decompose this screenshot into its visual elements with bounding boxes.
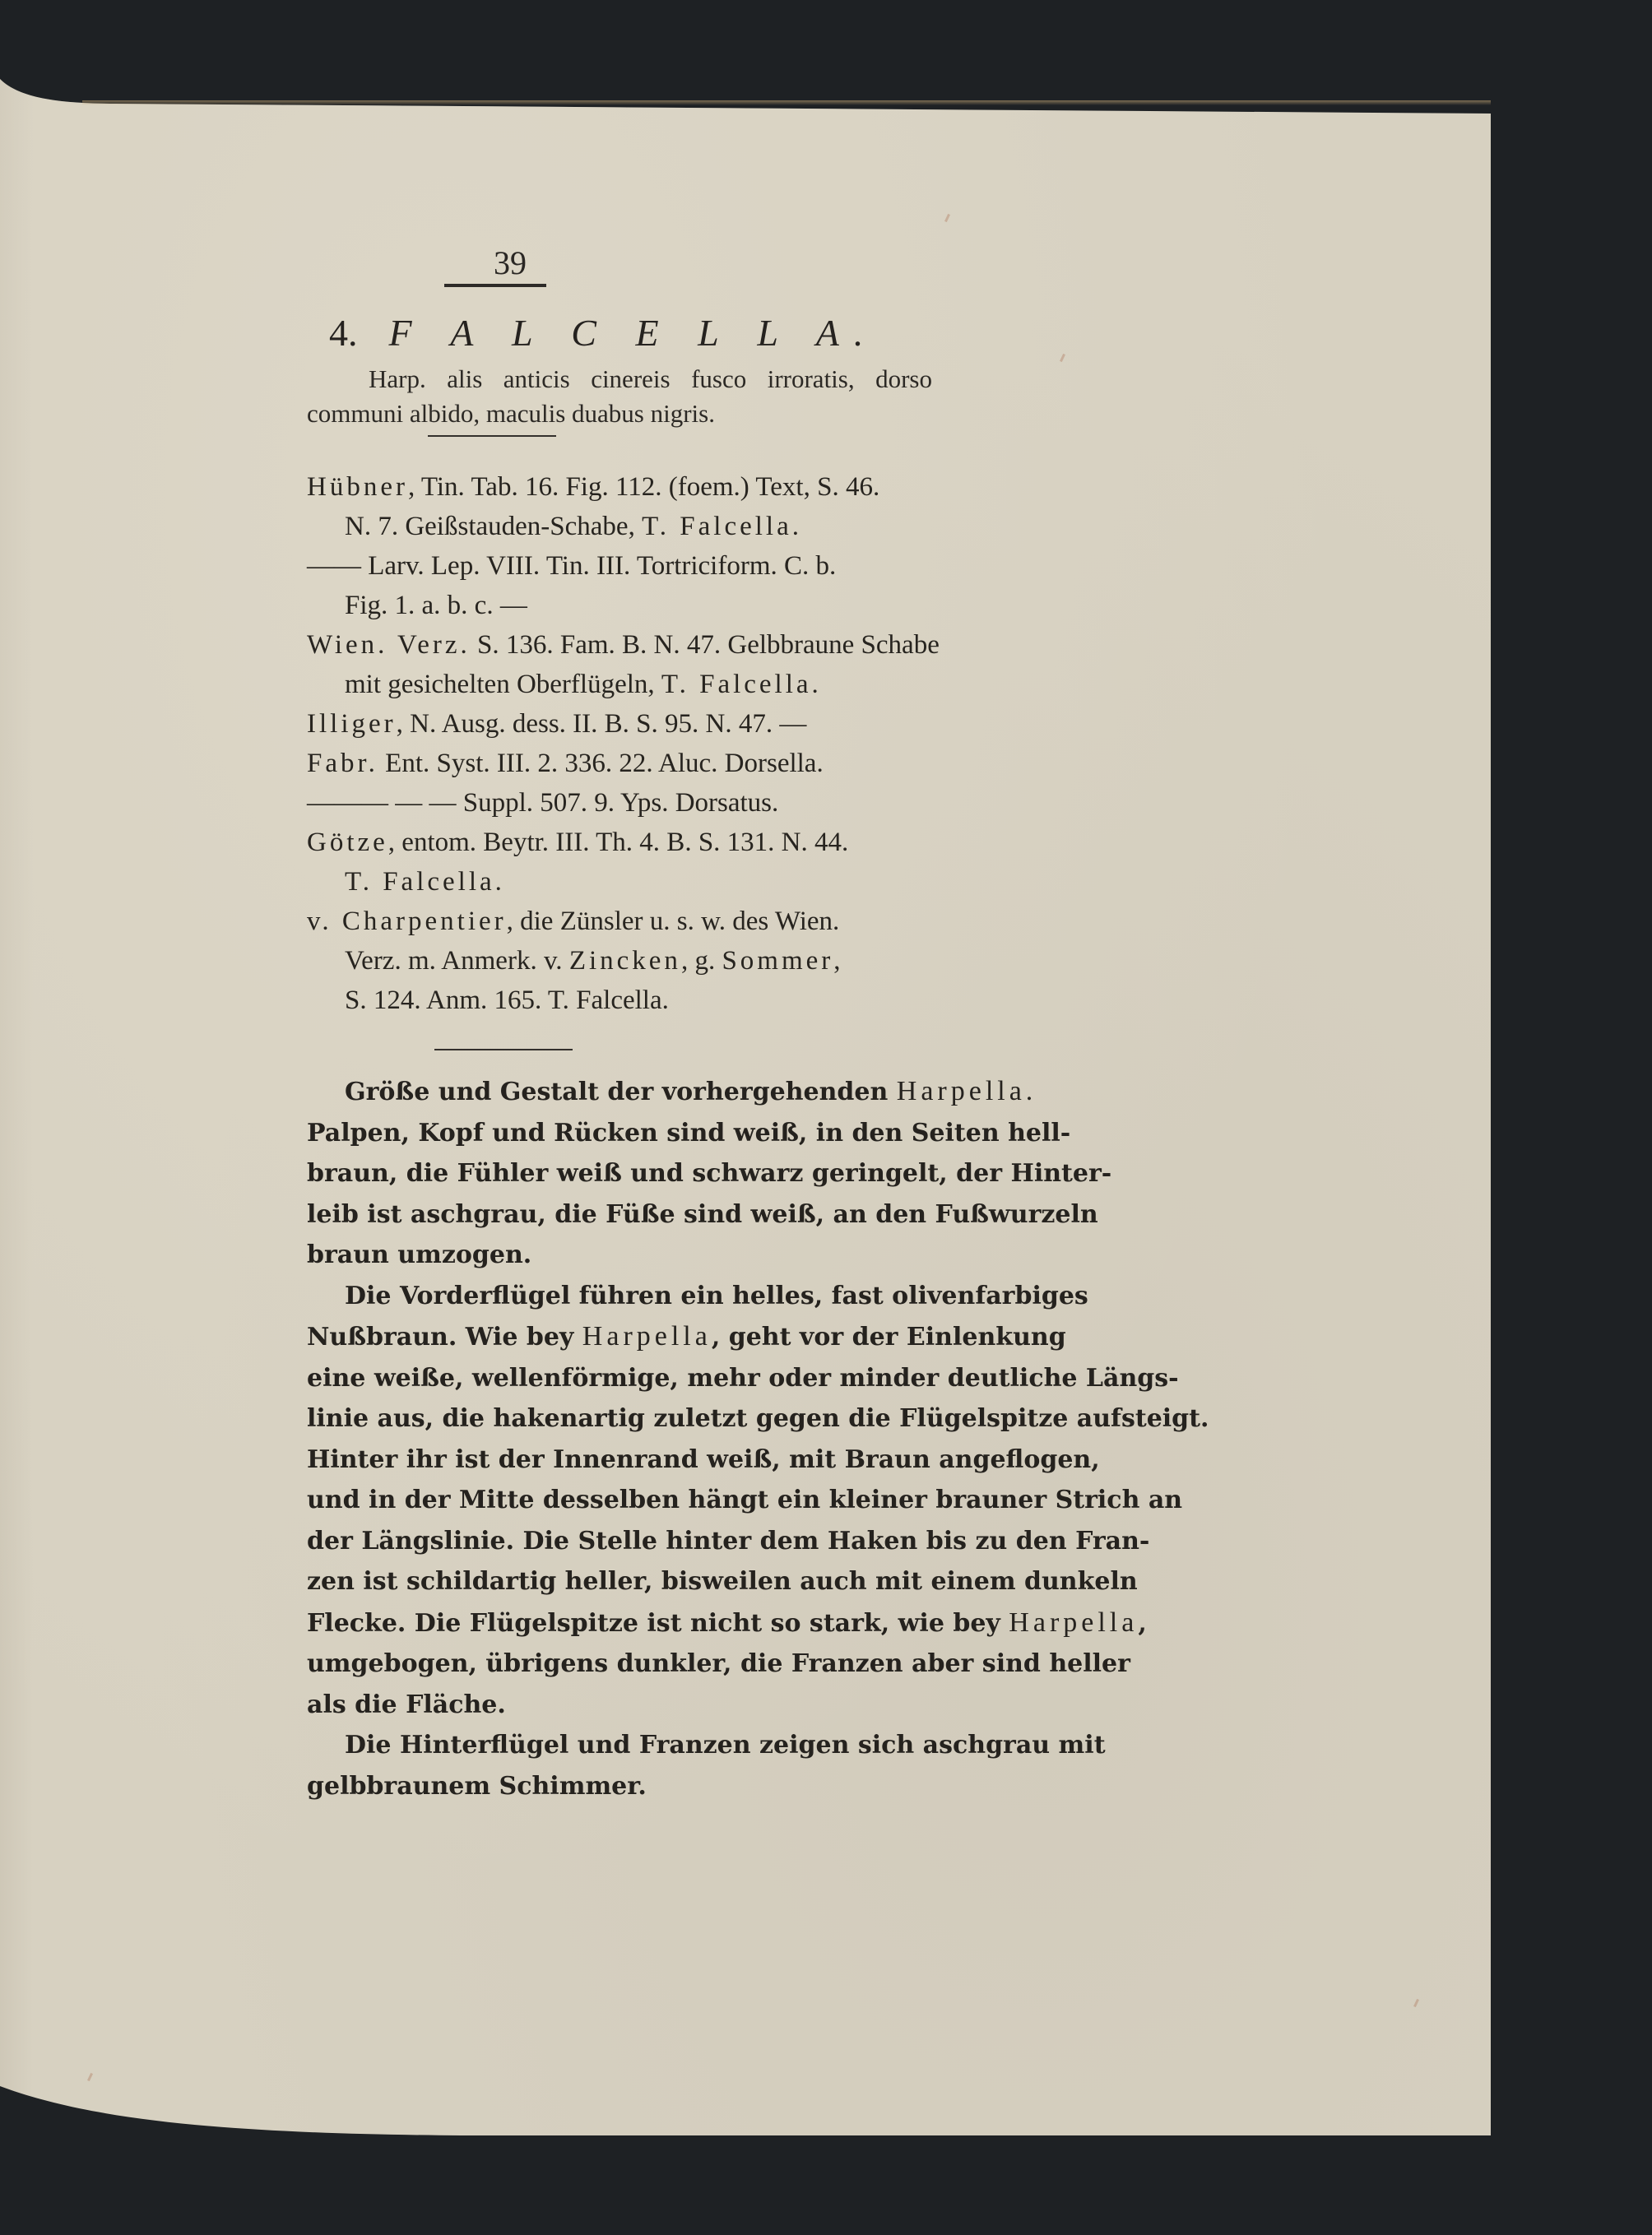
- diagnosis-line-1: Harp. alis anticis cinereis fusco irrora…: [307, 362, 932, 396]
- text-line: Palpen, Kopf und Rücken sind weiß, in de…: [307, 1113, 916, 1154]
- text-line: eine weiße, wellenförmige, mehr oder min…: [307, 1358, 916, 1399]
- reference-line: v. Charpentier, die Zünsler u. s. w. des…: [307, 902, 932, 941]
- text-line: leib ist aschgrau, die Füße sind weiß, a…: [307, 1194, 916, 1236]
- reference-line: S. 124. Anm. 165. T. Falcella.: [307, 981, 932, 1020]
- text-line: der Längslinie. Die Stelle hinter dem Ha…: [307, 1521, 916, 1562]
- latin-diagnosis: Harp. alis anticis cinereis fusco irrora…: [307, 362, 932, 431]
- text-line: braun umzogen.: [307, 1235, 916, 1276]
- text-line: braun, die Fühler weiß und schwarz gerin…: [307, 1153, 916, 1194]
- reference-line: Götze, entom. Beytr. III. Th. 4. B. S. 1…: [307, 823, 932, 862]
- reference-line: Illiger, N. Ausg. dess. II. B. S. 95. N.…: [307, 704, 932, 744]
- reference-line: Fabr. Ent. Syst. III. 2. 336. 22. Aluc. …: [307, 744, 932, 783]
- page-number: 39: [494, 243, 527, 282]
- section-divider: [434, 1049, 573, 1050]
- reference-line: Hübner, Tin. Tab. 16. Fig. 112. (foem.) …: [307, 467, 932, 507]
- page-number-rule: [444, 284, 546, 287]
- references-block: Hübner, Tin. Tab. 16. Fig. 112. (foem.) …: [307, 467, 932, 1020]
- text-line: umgebogen, übrigens dunkler, die Franzen…: [307, 1644, 916, 1685]
- page-top-edge: [82, 100, 1491, 105]
- reference-line: ——— — — Suppl. 507. 9. Yps. Dorsatus.: [307, 783, 932, 823]
- reference-line: Verz. m. Anmerk. v. Zincken, g. Sommer,: [307, 941, 932, 981]
- reference-line: N. 7. Geißstauden-Schabe, T. Falcella.: [307, 507, 932, 546]
- text-line: zen ist schildartig heller, bisweilen au…: [307, 1561, 916, 1602]
- text-line: Größe und Gestalt der vorhergehenden Har…: [307, 1071, 916, 1113]
- text-line: Hinter ihr ist der Innenrand weiß, mit B…: [307, 1440, 916, 1481]
- reference-line: mit gesichelten Oberflügeln, T. Falcella…: [307, 665, 932, 704]
- text-line: linie aus, die hakenartig zuletzt gegen …: [307, 1398, 916, 1440]
- text-line: gelbbraunem Schimmer.: [307, 1766, 916, 1807]
- text-line: Die Hinterflügel und Franzen zeigen sich…: [307, 1725, 916, 1766]
- reference-line: Fig. 1. a. b. c. —: [307, 586, 932, 625]
- diagnosis-line-2: communi albido, maculis duabus nigris.: [307, 396, 932, 431]
- reference-line: Wien. Verz. S. 136. Fam. B. N. 47. Gelbb…: [307, 625, 932, 665]
- species-title: F A L C E L L A.: [389, 312, 879, 354]
- reference-line: —— Larv. Lep. VIII. Tin. III. Tortricifo…: [307, 546, 932, 586]
- text-line: und in der Mitte desselben hängt ein kle…: [307, 1480, 916, 1521]
- section-divider: [428, 435, 556, 437]
- species-number: 4.: [329, 312, 358, 354]
- text-line: Flecke. Die Flügelspitze ist nicht so st…: [307, 1602, 916, 1644]
- text-line: als die Fläche.: [307, 1685, 916, 1726]
- reference-line: T. Falcella.: [307, 862, 932, 902]
- text-line: Nußbraun. Wie bey Harpella, geht vor der…: [307, 1316, 916, 1358]
- description-text: Größe und Gestalt der vorhergehenden Har…: [307, 1071, 916, 1806]
- text-line: Die Vorderflügel führen ein helles, fast…: [307, 1276, 916, 1317]
- species-heading: 4.F A L C E L L A.: [329, 311, 878, 355]
